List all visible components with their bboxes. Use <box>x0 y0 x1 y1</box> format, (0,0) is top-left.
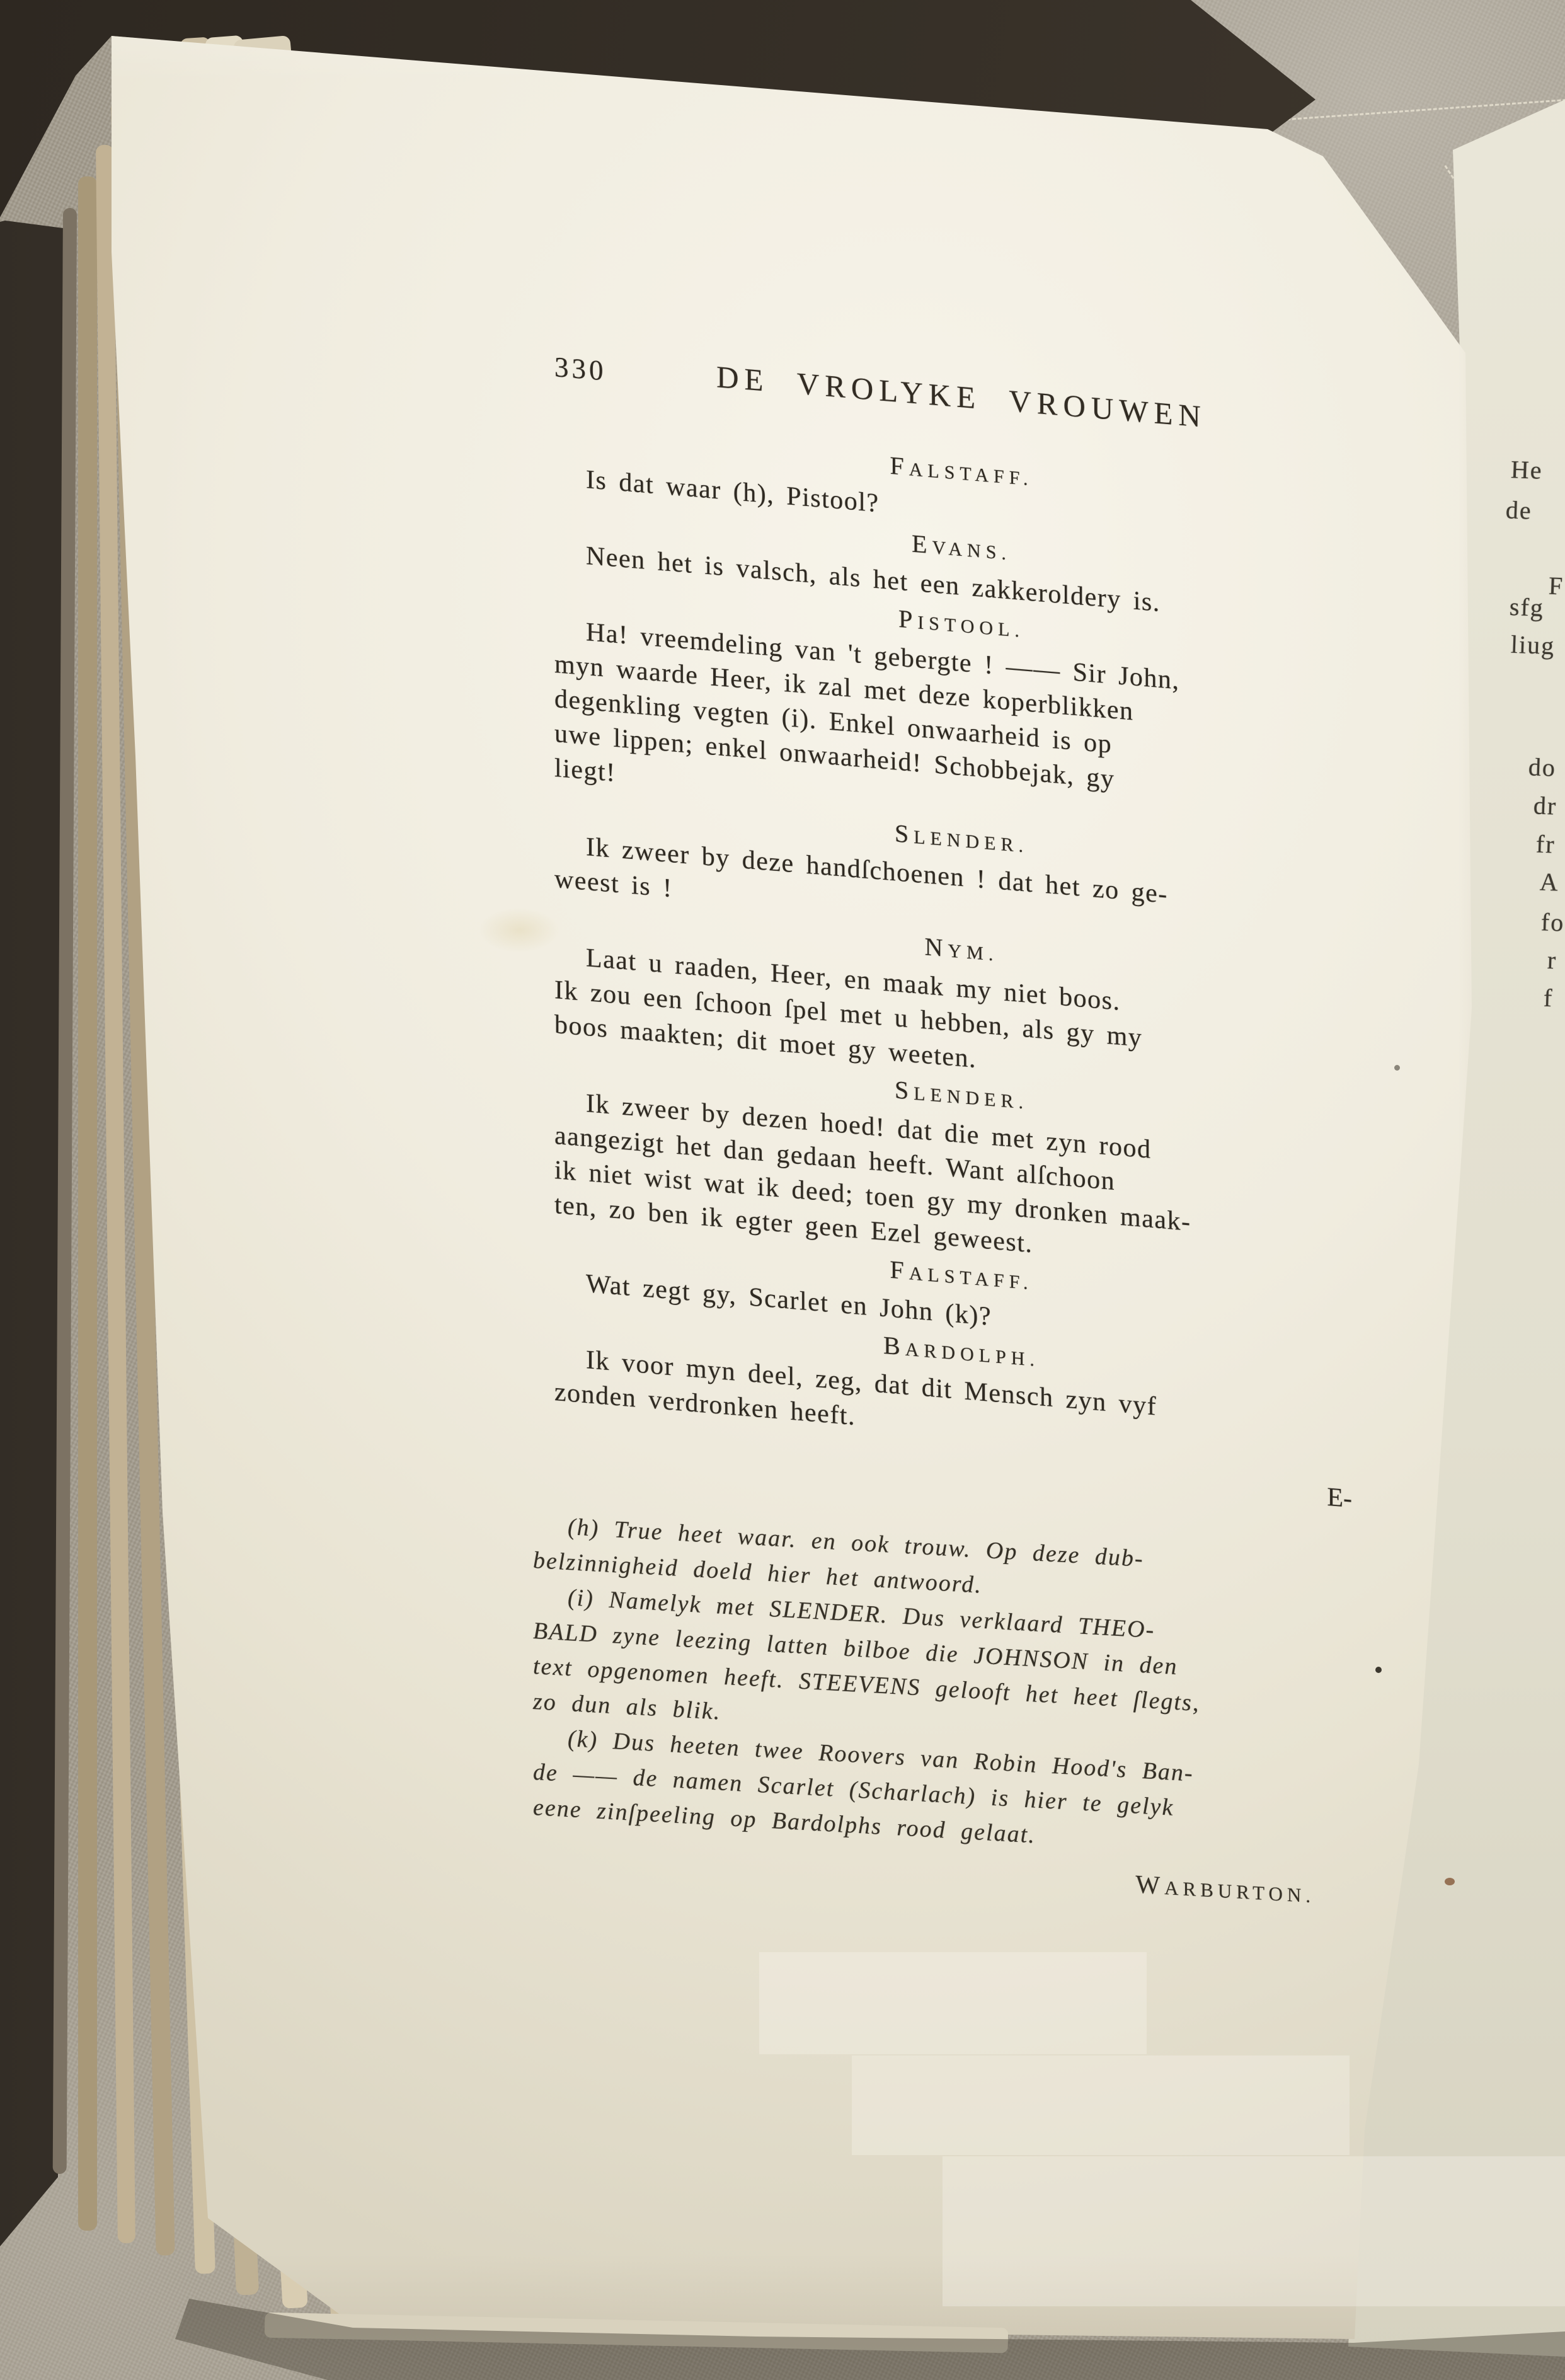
ink-speck <box>1394 1065 1400 1071</box>
catchword: E- <box>1327 1483 1352 1514</box>
facing-page-fragment: A <box>1539 866 1560 897</box>
photo-artifact <box>852 2055 1350 2155</box>
paper-speck <box>1445 1878 1455 1885</box>
dialogue-block: FALSTAFF.Is dat waar (h), Pistool?EVANS.… <box>554 418 1368 1476</box>
photo-artifact <box>759 1952 1147 2054</box>
facing-page-fragment: He <box>1510 454 1543 485</box>
paper-stain <box>479 907 561 953</box>
ink-speck <box>1375 1667 1382 1673</box>
facing-page-fragment: fr <box>1535 829 1556 859</box>
facing-page-fragment: do <box>1528 752 1557 783</box>
page-text-block: 330 DE VROLYKE VROUWEN FALSTAFF.Is dat w… <box>554 345 1368 1515</box>
page-number: 330 <box>554 350 607 388</box>
facing-page-fragment: f <box>1543 983 1554 1013</box>
facing-page-fragment: sfg <box>1509 592 1544 623</box>
facing-page-fragment: liug <box>1510 629 1556 660</box>
photo-artifact <box>943 2156 1565 2306</box>
footnote-lines: (h) True heet waar. en ook trouw. Op dez… <box>533 1507 1375 1872</box>
footnotes-block: (h) True heet waar. en ook trouw. Op dez… <box>533 1507 1375 1923</box>
book-photo-scene: 330 DE VROLYKE VROUWEN FALSTAFF.Is dat w… <box>0 0 1565 2380</box>
facing-page-fragment: r <box>1547 945 1557 975</box>
page-stack-edge <box>78 176 97 2231</box>
facing-page-fragment: fo <box>1540 907 1565 937</box>
facing-page-fragment: dr <box>1533 790 1557 820</box>
facing-page-fragment: F <box>1548 571 1564 601</box>
facing-page-fragment: de <box>1505 495 1532 525</box>
